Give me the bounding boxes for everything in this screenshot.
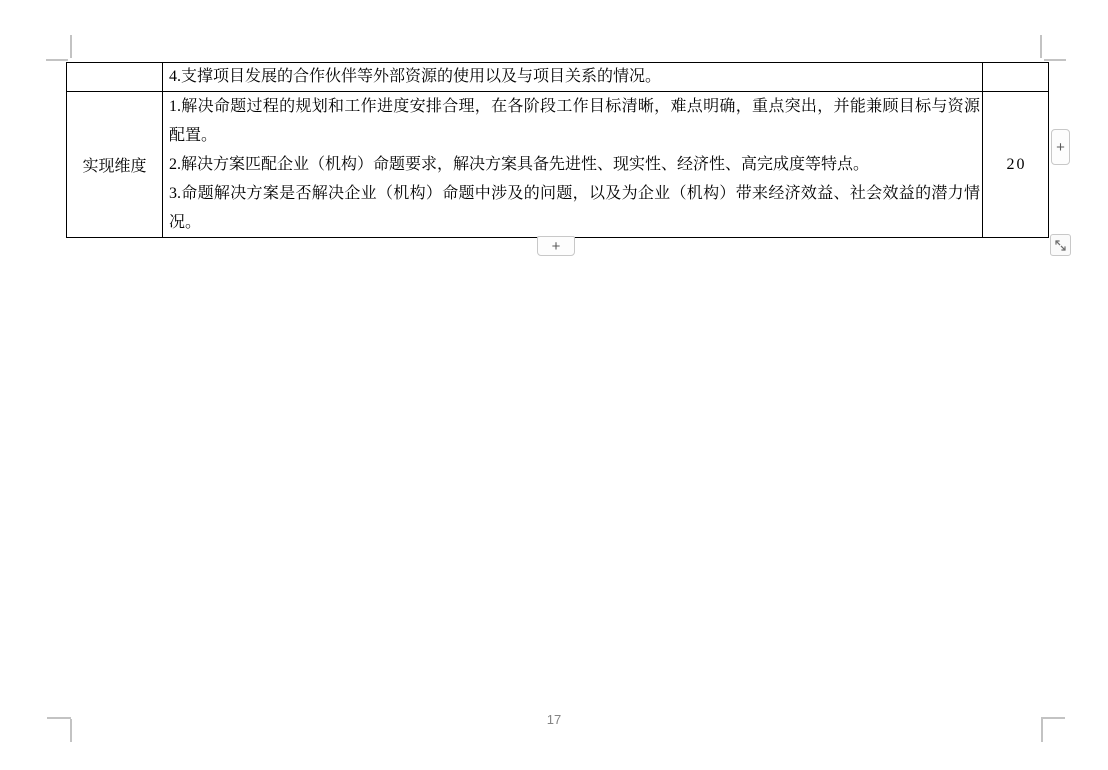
criteria-cell[interactable]: 4.支撑项目发展的合作伙伴等外部资源的使用以及与项目关系的情况。 — [163, 63, 983, 92]
score-cell[interactable] — [983, 63, 1049, 92]
dimension-cell[interactable] — [67, 63, 163, 92]
resize-table-handle[interactable] — [1050, 234, 1071, 256]
score-cell[interactable]: 20 — [983, 92, 1049, 238]
table-row: 4.支撑项目发展的合作伙伴等外部资源的使用以及与项目关系的情况。 — [67, 63, 1049, 92]
add-column-button[interactable]: + — [1051, 129, 1070, 165]
criteria-item[interactable]: 2.解决方案匹配企业（机构）命题要求，解决方案具备先进性、现实性、经济性、高完成… — [169, 150, 980, 179]
scoring-table: 4.支撑项目发展的合作伙伴等外部资源的使用以及与项目关系的情况。 实现维度 1.… — [66, 62, 1049, 238]
criteria-item[interactable]: 1.解决命题过程的规划和工作进度安排合理，在各阶段工作目标清晰，难点明确，重点突… — [169, 92, 980, 150]
criteria-cell[interactable]: 1.解决命题过程的规划和工作进度安排合理，在各阶段工作目标清晰，难点明确，重点突… — [163, 92, 983, 238]
plus-icon: + — [552, 239, 561, 254]
table-row: 实现维度 1.解决命题过程的规划和工作进度安排合理，在各阶段工作目标清晰，难点明… — [67, 92, 1049, 238]
document-page: { "table": { "rows": [ { "dimension": ""… — [0, 0, 1108, 770]
criteria-item[interactable]: 3.命题解决方案是否解决企业（机构）命题中涉及的问题，以及为企业（机构）带来经济… — [169, 179, 980, 237]
add-row-button[interactable]: + — [537, 236, 575, 256]
dimension-cell[interactable]: 实现维度 — [67, 92, 163, 238]
page-number: 17 — [0, 712, 1108, 727]
criteria-item[interactable]: 4.支撑项目发展的合作伙伴等外部资源的使用以及与项目关系的情况。 — [169, 64, 980, 90]
resize-diagonal-icon — [1054, 239, 1067, 252]
plus-icon: + — [1056, 140, 1065, 155]
